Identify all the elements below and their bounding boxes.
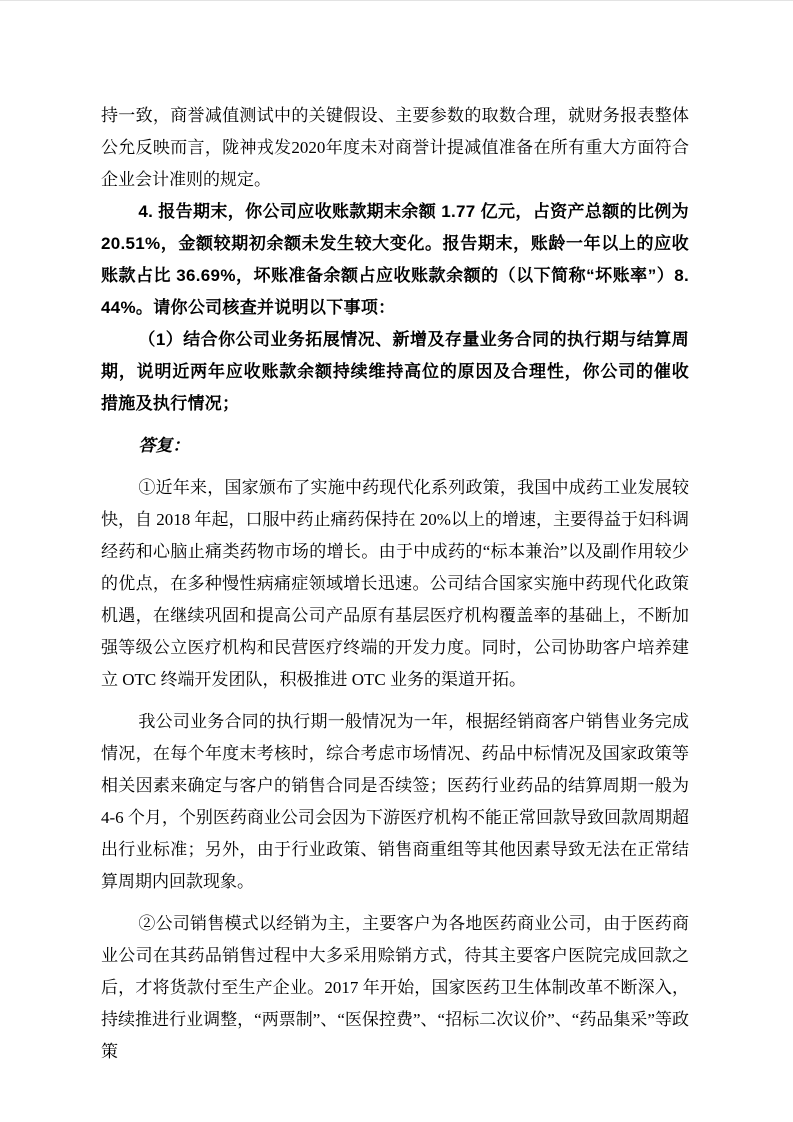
paragraph-reply-point-2: ②公司销售模式以经销为主，主要客户为各地医药商业公司，由于医药商业公司在其药品销… bbox=[101, 908, 689, 1068]
paragraph-reply-point-1: ①近年来，国家颁布了实施中药现代化系列政策，我国中成药工业发展较快，自 2018… bbox=[101, 472, 689, 696]
paragraph-goodwill-conclusion: 持一致，商誉减值测试中的关键假设、主要参数的取数合理，就财务报表整体公允反映而言… bbox=[101, 100, 689, 196]
document-page: 持一致，商誉减值测试中的关键假设、主要参数的取数合理，就财务报表整体公允反映而言… bbox=[0, 0, 793, 1122]
reply-label: 答复： bbox=[101, 430, 689, 462]
paragraph-question-4: 4. 报告期末，你公司应收账款期末余额 1.77 亿元，占资产总额的比例为20.… bbox=[101, 196, 689, 324]
paragraph-reply-contract-terms: 我公司业务合同的执行期一般情况为一年，根据经销商客户销售业务完成情况，在每个年度… bbox=[101, 706, 689, 898]
paragraph-question-4-item-1: （1）结合你公司业务拓展情况、新增及存量业务合同的执行期与结算周期，说明近两年应… bbox=[101, 324, 689, 420]
